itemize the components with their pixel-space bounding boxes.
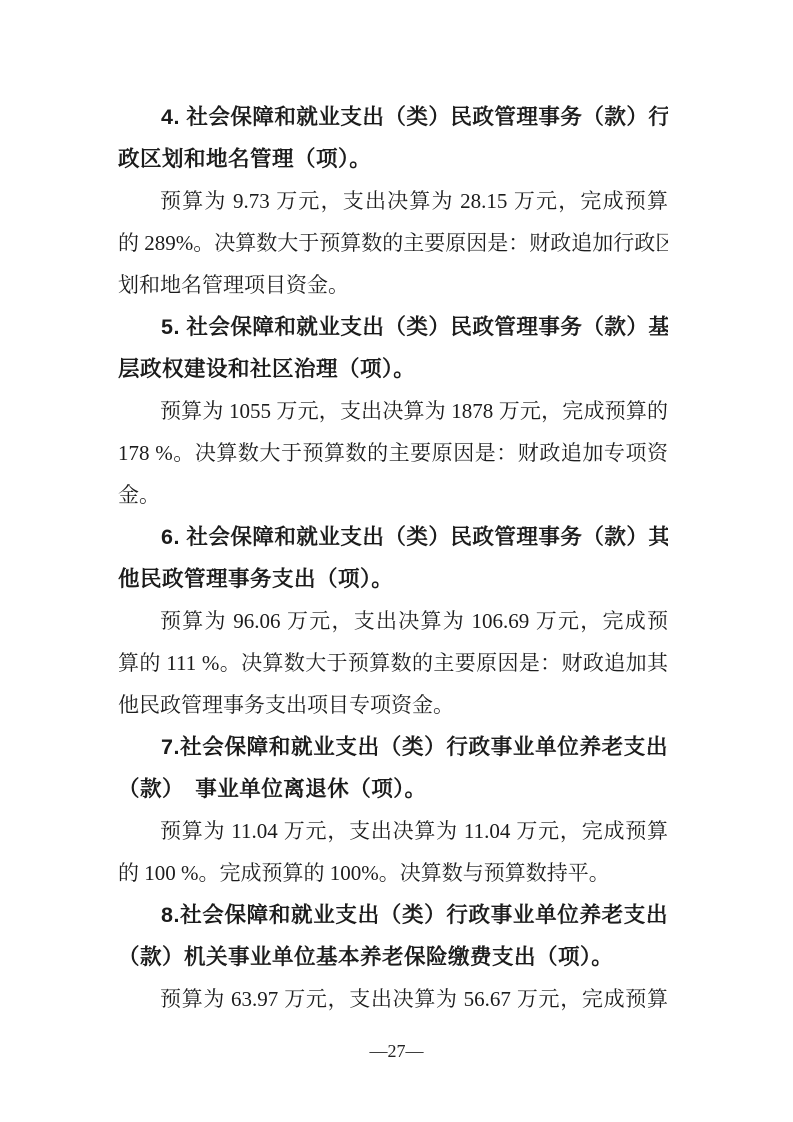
body-line: 预算为 63.97 万元，支出决算为 56.67 万元，完成预算 (118, 978, 668, 1020)
body-line: 预算为 1055 万元，支出决算为 1878 万元，完成预算的 (118, 390, 668, 432)
section-heading-line: 8.社会保障和就业支出（类）行政事业单位养老支出 (118, 894, 668, 936)
body-line: 算的 111 %。决算数大于预算数的主要原因是：财政追加其 (118, 642, 668, 684)
section-heading-line: 4. 社会保障和就业支出（类）民政管理事务（款）行 (118, 96, 668, 138)
body-line: 预算为 11.04 万元，支出决算为 11.04 万元，完成预算 (118, 810, 668, 852)
section-heading-line: 5. 社会保障和就业支出（类）民政管理事务（款）基 (118, 306, 668, 348)
section-item-4: 4. 社会保障和就业支出（类）民政管理事务（款）行 政区划和地名管理（项）。 预… (118, 96, 668, 306)
section-heading-line: 他民政管理事务支出（项）。 (118, 558, 668, 600)
body-line: 178 %。决算数大于预算数的主要原因是：财政追加专项资 (118, 432, 668, 474)
body-line: 的 289%。决算数大于预算数的主要原因是：财政追加行政区 (118, 222, 668, 264)
section-item-6: 6. 社会保障和就业支出（类）民政管理事务（款）其 他民政管理事务支出（项）。 … (118, 516, 668, 726)
document-content: 4. 社会保障和就业支出（类）民政管理事务（款）行 政区划和地名管理（项）。 预… (118, 96, 668, 1020)
section-heading-line: 7.社会保障和就业支出（类）行政事业单位养老支出 (118, 726, 668, 768)
section-item-5: 5. 社会保障和就业支出（类）民政管理事务（款）基 层政权建设和社区治理（项）。… (118, 306, 668, 516)
page-number: —27— (0, 1041, 793, 1061)
section-heading-line: 6. 社会保障和就业支出（类）民政管理事务（款）其 (118, 516, 668, 558)
section-heading-line: 层政权建设和社区治理（项）。 (118, 348, 668, 390)
section-item-8: 8.社会保障和就业支出（类）行政事业单位养老支出 （款）机关事业单位基本养老保险… (118, 894, 668, 1020)
section-heading-line: 政区划和地名管理（项）。 (118, 138, 668, 180)
section-item-7: 7.社会保障和就业支出（类）行政事业单位养老支出 （款） 事业单位离退休（项）。… (118, 726, 668, 894)
body-line: 他民政管理事务支出项目专项资金。 (118, 684, 668, 726)
body-line: 划和地名管理项目资金。 (118, 264, 668, 306)
body-line: 金。 (118, 474, 668, 516)
section-heading-line: （款）机关事业单位基本养老保险缴费支出（项）。 (118, 936, 668, 978)
section-heading-line: （款） 事业单位离退休（项）。 (118, 768, 668, 810)
body-line: 的 100 %。完成预算的 100%。决算数与预算数持平。 (118, 852, 668, 894)
body-line: 预算为 9.73 万元，支出决算为 28.15 万元，完成预算 (118, 180, 668, 222)
body-line: 预算为 96.06 万元，支出决算为 106.69 万元，完成预 (118, 600, 668, 642)
document-page: 4. 社会保障和就业支出（类）民政管理事务（款）行 政区划和地名管理（项）。 预… (0, 0, 793, 1122)
